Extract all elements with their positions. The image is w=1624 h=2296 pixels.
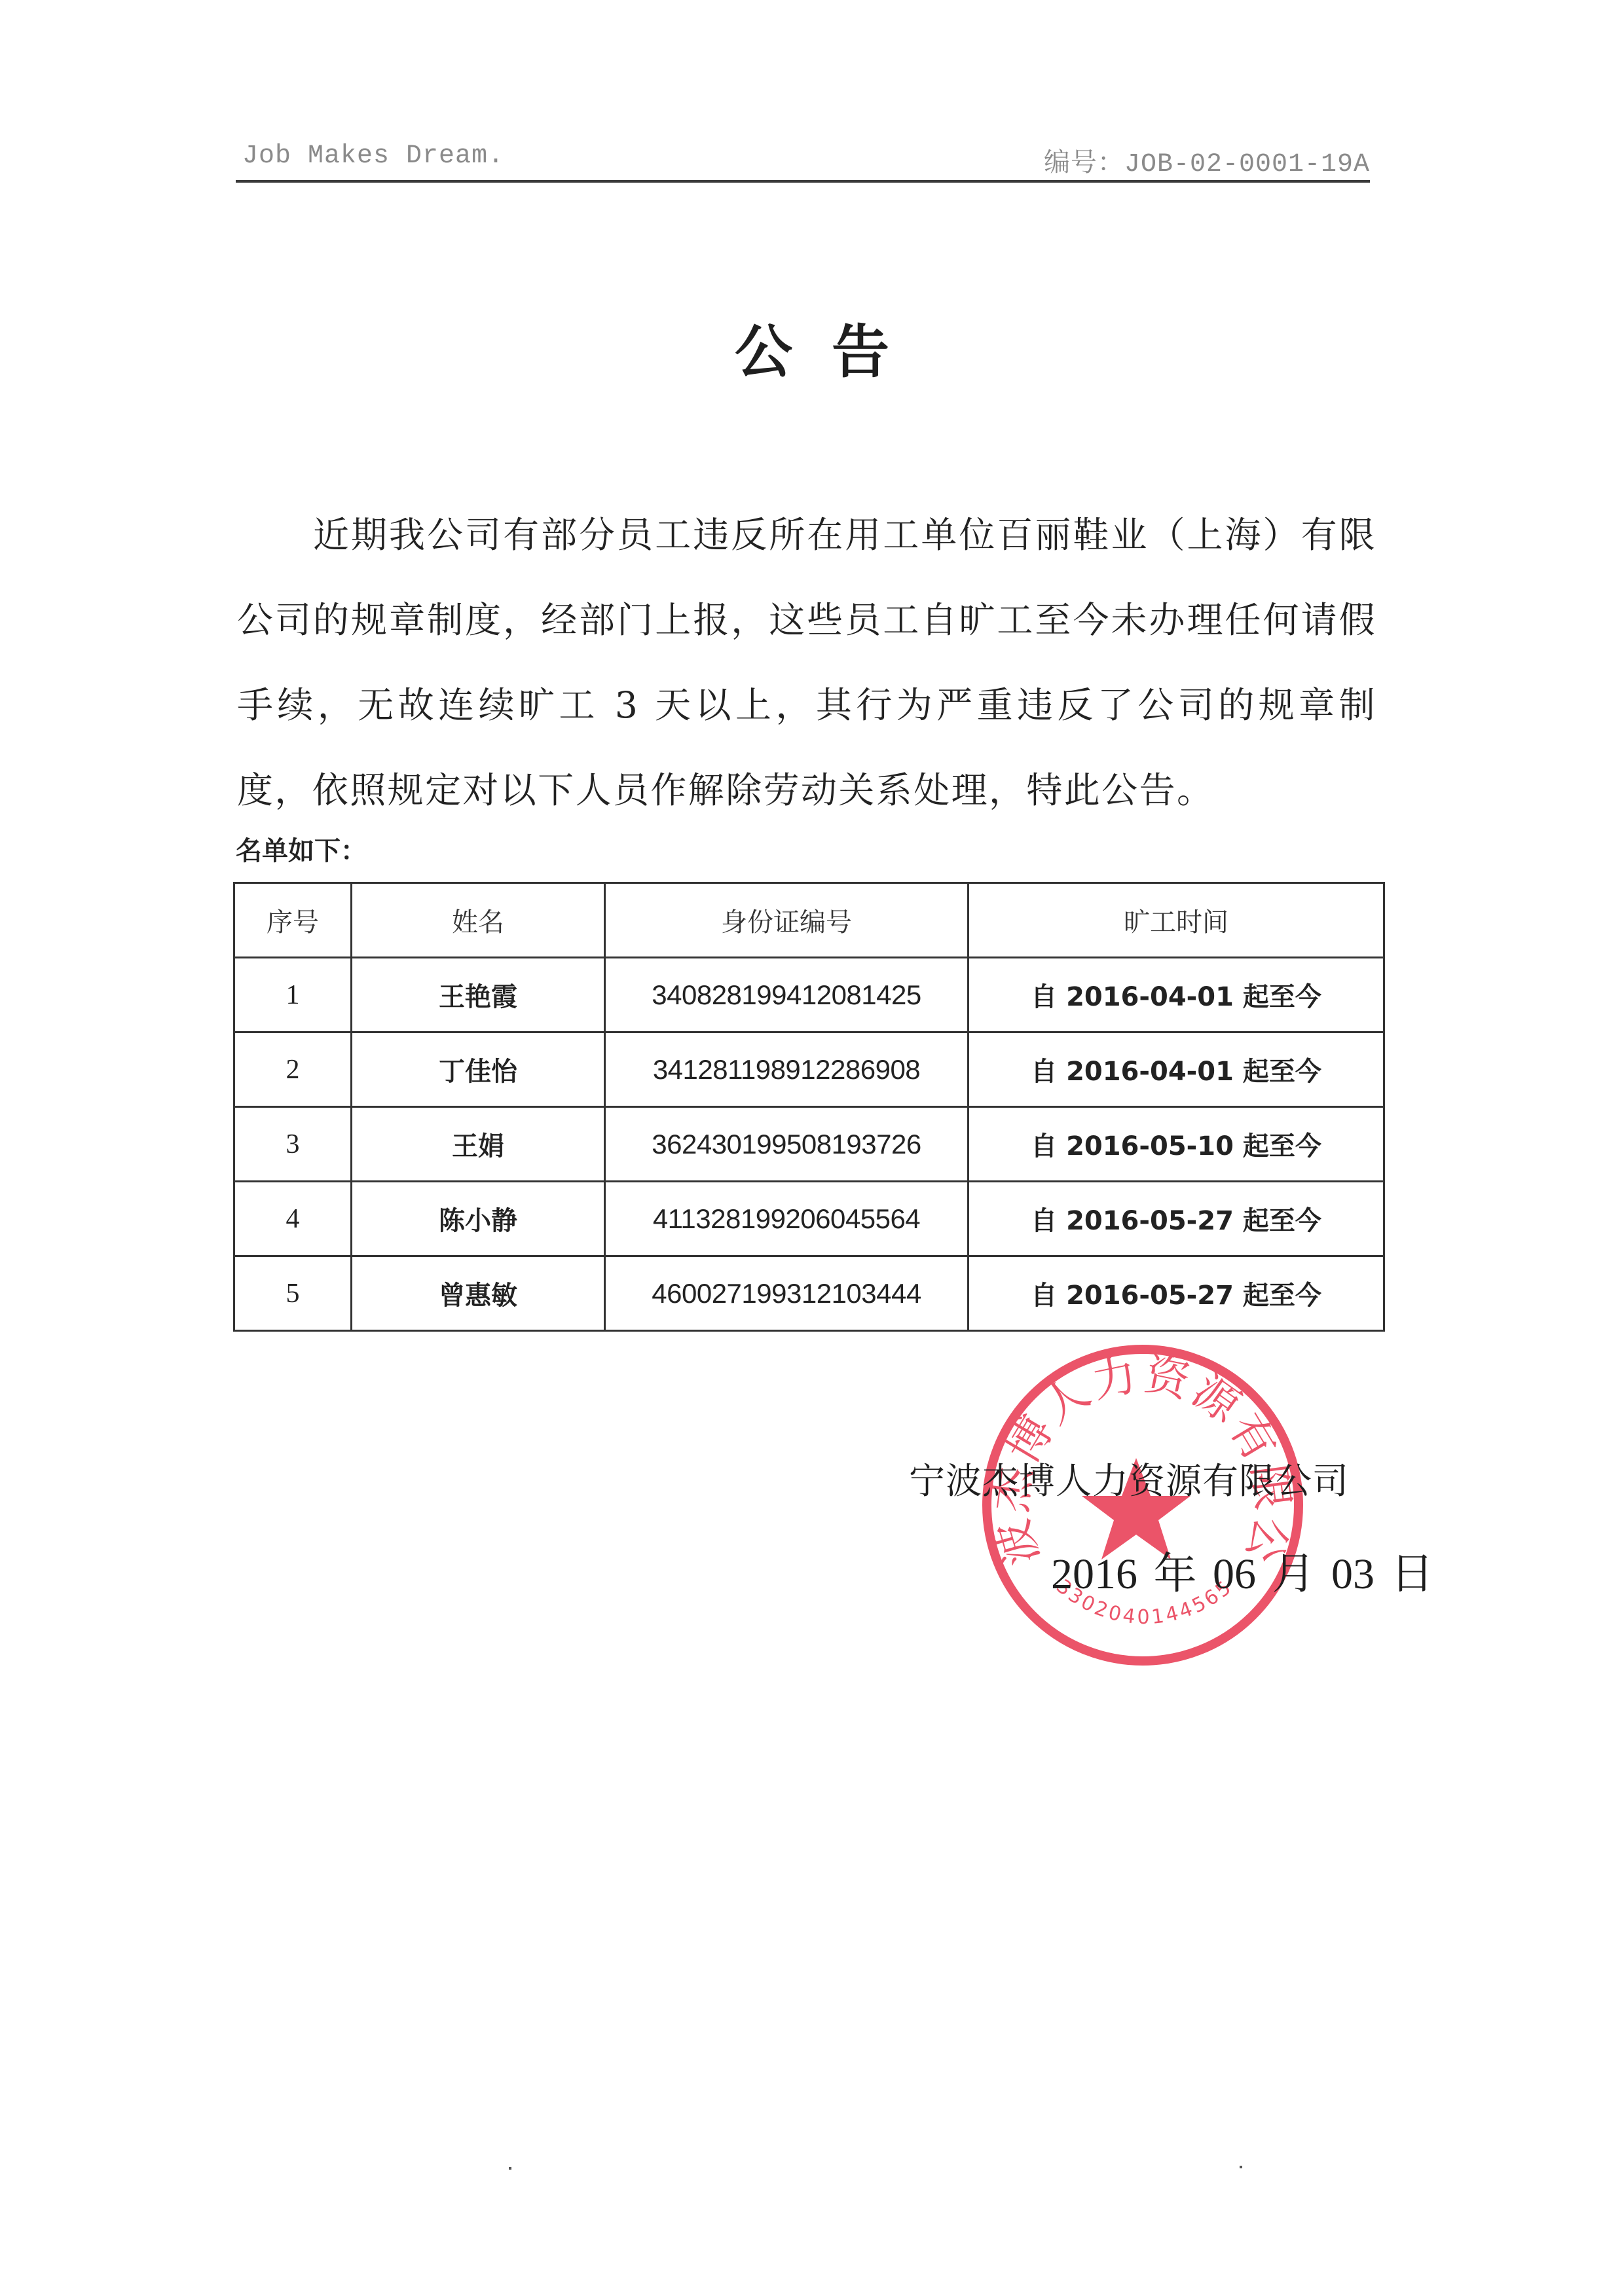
cell-name: 丁佳怡 [352, 1032, 605, 1107]
header-slogan: Job Makes Dream. [242, 141, 504, 171]
table-row: 3 王娟 362430199508193726 自 2016-05-10 起至今 [234, 1107, 1384, 1182]
cell-id-number: 340828199412081425 [605, 958, 969, 1032]
header-divider [236, 180, 1370, 183]
cell-name: 曾惠敏 [352, 1256, 605, 1331]
scan-mark [509, 2167, 511, 2170]
signature-date: 2016 年 06 月 03 日 [1051, 1539, 1434, 1601]
cell-id-number: 411328199206045564 [605, 1182, 969, 1256]
doc-number-label: 编号： [1044, 150, 1124, 179]
cell-name: 王娟 [352, 1107, 605, 1182]
cell-absence: 自 2016-05-10 起至今 [969, 1107, 1384, 1182]
cell-absence: 自 2016-04-01 起至今 [969, 958, 1384, 1032]
cell-absence: 自 2016-04-01 起至今 [969, 1032, 1384, 1107]
cell-id-number: 341281198912286908 [605, 1032, 969, 1107]
cell-name: 陈小静 [352, 1182, 605, 1256]
document-page: Job Makes Dream. 编号：JOB-02-0001-19A 公告 近… [0, 0, 1624, 2296]
column-header-name: 姓名 [352, 883, 605, 958]
cell-name: 王艳霞 [352, 958, 605, 1032]
column-header-id-number: 身份证编号 [605, 883, 969, 958]
table-row: 5 曾惠敏 460027199312103444 自 2016-05-27 起至… [234, 1256, 1384, 1331]
announcement-body: 近期我公司有部分员工违反所在用工单位百丽鞋业（上海）有限公司的规章制度，经部门上… [237, 492, 1376, 833]
cell-id-number: 460027199312103444 [605, 1256, 969, 1331]
cell-seq: 1 [234, 958, 352, 1032]
doc-number-value: JOB-02-0001-19A [1124, 150, 1370, 179]
header-doc-number: 编号：JOB-02-0001-19A [1044, 141, 1370, 179]
signature-company: 宁波杰博人力资源有限公司 [909, 1452, 1349, 1504]
table-row: 4 陈小静 411328199206045564 自 2016-05-27 起至… [234, 1182, 1384, 1256]
cell-seq: 2 [234, 1032, 352, 1107]
scan-mark [1240, 2166, 1242, 2168]
cell-seq: 4 [234, 1182, 352, 1256]
cell-absence: 自 2016-05-27 起至今 [969, 1256, 1384, 1331]
dismissal-table: 序号 姓名 身份证编号 旷工时间 1 王艳霞 34082819941208142… [233, 882, 1385, 1332]
cell-seq: 5 [234, 1256, 352, 1331]
cell-seq: 3 [234, 1107, 352, 1182]
column-header-absence: 旷工时间 [969, 883, 1384, 958]
table-row: 1 王艳霞 340828199412081425 自 2016-04-01 起至… [234, 958, 1384, 1032]
table-header-row: 序号 姓名 身份证编号 旷工时间 [234, 883, 1384, 958]
cell-absence: 自 2016-05-27 起至今 [969, 1182, 1384, 1256]
cell-id-number: 362430199508193726 [605, 1107, 969, 1182]
table-row: 2 丁佳怡 341281198912286908 自 2016-04-01 起至… [234, 1032, 1384, 1107]
company-seal-icon: 宁波杰博人力资源有限公司 3302040144565 [981, 1343, 1304, 1667]
announcement-paragraph: 近期我公司有部分员工违反所在用工单位百丽鞋业（上海）有限公司的规章制度，经部门上… [237, 492, 1376, 833]
list-label: 名单如下： [236, 830, 367, 867]
column-header-seq: 序号 [234, 883, 352, 958]
page-title: 公告 [0, 306, 1624, 389]
